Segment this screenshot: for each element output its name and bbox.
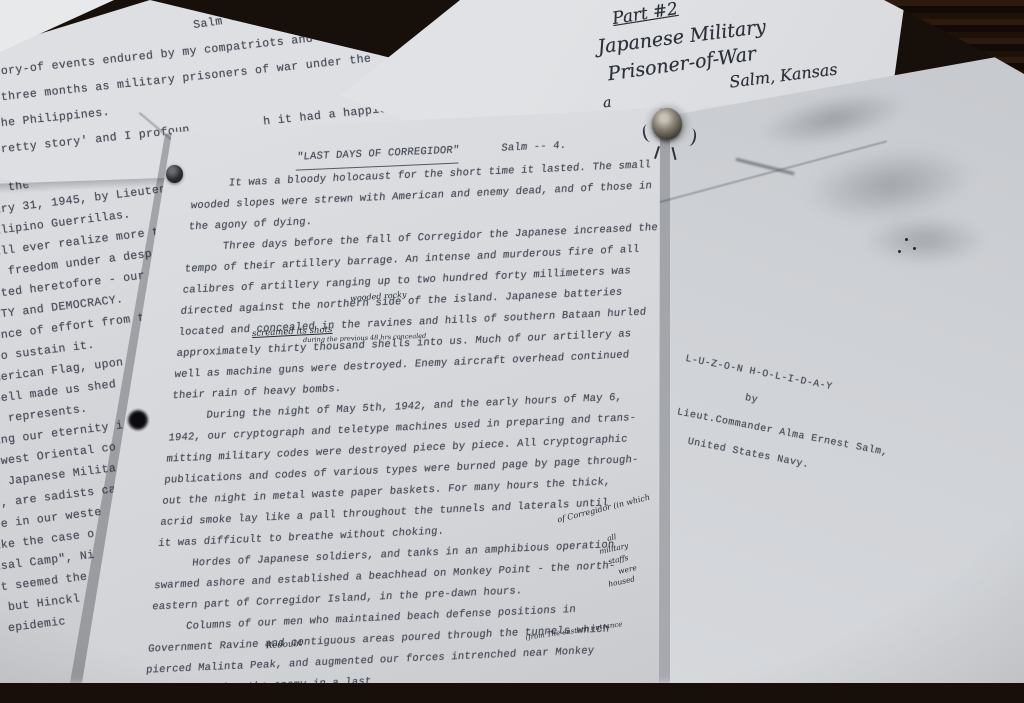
handwritten-margin-word: all: [606, 532, 617, 543]
page-number-label: Salm -- 4.: [500, 136, 567, 162]
handwritten-part-label: Part #2: [611, 0, 680, 29]
page-number-label: Salm -- 1.: [192, 9, 267, 32]
ink-specks: [905, 238, 908, 241]
title-block: L-U-Z-O-N H-O-L-I-D-A-Y by Lieut.Command…: [667, 346, 900, 493]
ink-smudge: [801, 139, 979, 232]
photo-of-typewritten-pages: en thousand officers and m y the last re…: [0, 0, 1024, 683]
punch-hole: [124, 406, 152, 434]
paper-fastener: [652, 108, 682, 140]
crease-line: [645, 140, 887, 206]
paper-fastener: [166, 165, 183, 183]
typed-text-block: "LAST DAYS OF CORREGIDOR" Salm -- 4. It …: [143, 132, 656, 683]
handwritten-stray-mark: a: [602, 95, 612, 112]
handwritten-margin-word: were: [617, 563, 637, 576]
ink-smudge: [865, 215, 985, 265]
